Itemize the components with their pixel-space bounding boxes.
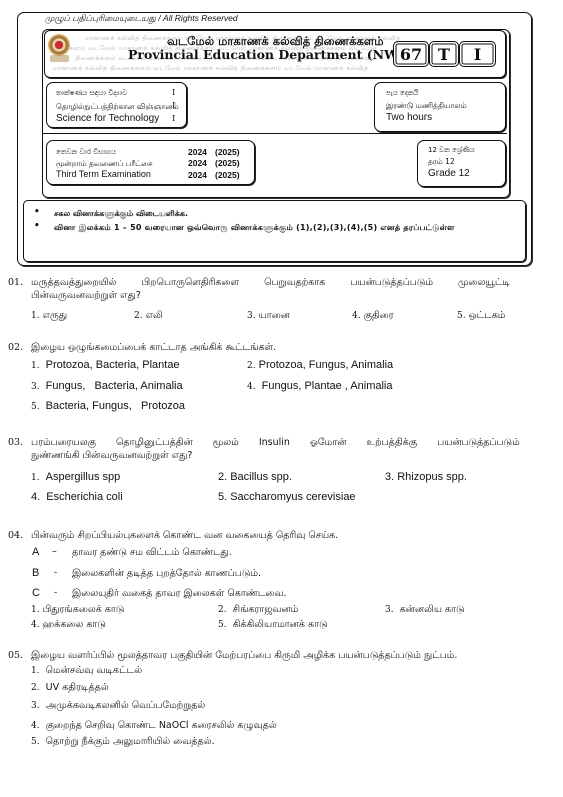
option-number: 5. bbox=[218, 491, 227, 503]
option-text: Escherichia coli bbox=[46, 491, 122, 503]
instruction-line: வினா இலக்கம் 1 – 50 வரையான ஒவ்வொரு வினாக… bbox=[54, 223, 455, 233]
option-number: 5. bbox=[31, 402, 40, 412]
exam-year: 2024 bbox=[188, 147, 207, 157]
option-4[interactable]: 4. Fungus, Plantae , Animalia bbox=[247, 380, 393, 392]
option-text: பிதுரங்கலைக் காடு bbox=[43, 604, 125, 615]
option-text: எலி bbox=[146, 310, 163, 321]
grade-english: Grade 12 bbox=[428, 168, 470, 179]
question-text: பின்வரும் சிறப்பியல்புகளைக் கொண்ட வன வகை… bbox=[31, 530, 338, 542]
part-badge: I bbox=[459, 41, 496, 67]
option-3[interactable]: 3. யானை bbox=[247, 310, 290, 322]
option-1[interactable]: 1. பிதுரங்கலைக் காடு bbox=[31, 604, 124, 616]
question-text: பரம்பரையலகு தொழினுட்பத்தின் மூலம் Insuli… bbox=[31, 437, 520, 449]
option-2[interactable]: 2. UV கதிரடித்தல் bbox=[31, 682, 109, 694]
statement-text: தாவர தண்டு சம விட்டம் கொண்டது. bbox=[72, 547, 232, 559]
question-number: 02. bbox=[8, 342, 23, 353]
question-number: 05. bbox=[8, 650, 23, 661]
option-5[interactable]: 5. ஒட்டகம் bbox=[457, 310, 505, 322]
option-3[interactable]: 3. அமுக்கவடிகலனில் வெப்பமேற்றுதல் bbox=[31, 700, 205, 712]
option-text: Fungus, Bacteria, Animalia bbox=[46, 380, 183, 392]
medium-badge: T bbox=[429, 41, 459, 67]
option-4[interactable]: 4. குதிரை bbox=[352, 310, 394, 322]
statement-label: B bbox=[32, 567, 39, 579]
option-5[interactable]: 5. கிக்கிலியாமானக் காடு bbox=[218, 619, 328, 631]
exam-year: 2024 bbox=[188, 170, 207, 180]
option-3[interactable]: 3. Fungus, Bacteria, Animalia bbox=[31, 380, 183, 392]
option-2[interactable]: 2. சிங்கராஜவனம் bbox=[218, 604, 298, 616]
section-divider bbox=[43, 133, 507, 134]
exam-year: 2024 bbox=[188, 158, 207, 168]
statement-separator: - bbox=[54, 567, 57, 578]
duration-tamil: இரண்டு மணித்தியாலம் bbox=[386, 101, 467, 111]
option-number: 3. bbox=[247, 311, 256, 321]
option-number: 2. bbox=[218, 605, 227, 615]
exam-sinhala: තෙවන වාර විභාගය bbox=[56, 148, 116, 157]
question-text: நுண்ணங்கி பின்வருவனவற்றுள் எது? bbox=[31, 450, 192, 462]
option-text: Saccharomyus cerevisiae bbox=[230, 491, 355, 503]
option-text: சிங்கராஜவனம் bbox=[233, 604, 299, 615]
bullet-icon: • bbox=[34, 207, 40, 217]
option-text: Protozoa, Bacteria, Plantae bbox=[46, 359, 180, 371]
option-number: 3. bbox=[385, 605, 394, 615]
bullet-icon: • bbox=[34, 221, 40, 231]
question-number: 04. bbox=[8, 530, 23, 541]
subject-part: I bbox=[172, 114, 175, 124]
exam-alt-year: (2025) bbox=[215, 158, 240, 168]
option-number: 4. bbox=[247, 382, 256, 392]
statement-text: இலையுதிர் வகைத் தாவர இலைகள் கொண்டவை. bbox=[72, 588, 287, 600]
watermark-line: மாகாணக் கல்வித் திணைக்களம் வடமேல் மாகாணக… bbox=[53, 64, 368, 73]
option-number: 1. bbox=[31, 311, 40, 321]
instructions-box: • சகல வினாக்களுக்கும் விடையளிக்க. • வினா… bbox=[23, 200, 526, 262]
option-text: அமுக்கவடிகலனில் வெப்பமேற்றுதல் bbox=[46, 700, 206, 711]
option-2[interactable]: 2. Bacillus spp. bbox=[218, 471, 292, 483]
option-text: தொற்று நீக்கும் அலுமாரியில் வைத்தல். bbox=[46, 736, 215, 747]
option-number: 4. bbox=[31, 721, 40, 731]
option-3[interactable]: 3. Rhizopus spp. bbox=[385, 471, 467, 483]
option-5[interactable]: 5. Saccharomyus cerevisiae bbox=[218, 491, 356, 503]
grade-tamil: தரம் 12 bbox=[428, 157, 455, 167]
exam-english: Third Term Examination bbox=[56, 169, 151, 179]
question-text: இழைய வளர்ப்பில் மூலத்தாவர பகுதியின் மேற்… bbox=[31, 650, 457, 662]
option-1[interactable]: 1. Aspergillus spp bbox=[31, 471, 120, 483]
option-text: Fungus, Plantae , Animalia bbox=[262, 380, 393, 392]
option-number: 3. bbox=[31, 382, 40, 392]
question-number: 03. bbox=[8, 437, 23, 448]
duration-box: පැය දෙකයි இரண்டு மணித்தியாலம் Two hours bbox=[374, 82, 506, 132]
question-text: மருத்தவத்துறையில் பிறபொருளெதிரிகளை பெறுவ… bbox=[31, 277, 510, 289]
subject-english: Science for Technology bbox=[56, 113, 159, 124]
option-text: மென்சவ்வு வடிகட்டல் bbox=[46, 665, 142, 676]
statement-separator: - bbox=[54, 587, 57, 598]
option-text: கிக்கிலியாமானக் காடு bbox=[233, 619, 328, 630]
option-text: யானை bbox=[259, 310, 290, 321]
option-1[interactable]: 1. எருது bbox=[31, 310, 67, 322]
option-number: 2. bbox=[247, 361, 256, 371]
option-number: 2. bbox=[134, 311, 143, 321]
department-name-english: Provincial Education Department (NWP) bbox=[128, 47, 413, 62]
option-3[interactable]: 3. கன்னலிய காடு bbox=[385, 604, 465, 616]
option-number: 5. bbox=[218, 620, 227, 630]
option-5[interactable]: 5. Bacteria, Fungus, Protozoa bbox=[31, 400, 185, 412]
option-text: குதிரை bbox=[364, 310, 394, 321]
option-text: ஹக்கலை காடு bbox=[43, 619, 106, 630]
option-2[interactable]: 2. Protozoa, Fungus, Animalia bbox=[247, 359, 393, 371]
option-number: 5. bbox=[457, 311, 466, 321]
question-text: பின்வருவனவற்றுள் எது? bbox=[31, 290, 141, 302]
subject-sinhala: තාක්ෂණය සඳහා විද්‍යාව bbox=[56, 89, 127, 98]
grade-sinhala: 12 වන ශ්‍රේණිය bbox=[428, 146, 475, 155]
exam-box: තෙවන වාර විභාගය 2024 (2025) மூன்றாம் தவண… bbox=[46, 140, 255, 185]
exam-alt-year: (2025) bbox=[215, 147, 240, 157]
option-number: 4. bbox=[31, 491, 40, 503]
exam-tamil: மூன்றாம் தவணைப் பரீட்சை bbox=[56, 159, 152, 169]
option-number: 3. bbox=[385, 471, 394, 483]
option-4[interactable]: 4. ஹக்கலை காடு bbox=[31, 619, 106, 631]
option-text: Bacteria, Fungus, Protozoa bbox=[46, 400, 185, 412]
option-number: 2. bbox=[218, 471, 227, 483]
option-text: Rhizopus spp. bbox=[397, 471, 467, 483]
subject-part: I bbox=[172, 101, 175, 111]
subject-part: I bbox=[172, 88, 175, 98]
option-number: 4. bbox=[352, 311, 361, 321]
option-number: 2. bbox=[31, 683, 40, 693]
option-text: கன்னலிய காடு bbox=[400, 604, 465, 615]
option-1[interactable]: 1. Protozoa, Bacteria, Plantae bbox=[31, 359, 180, 371]
option-5[interactable]: 5. தொற்று நீக்கும் அலுமாரியில் வைத்தல். bbox=[31, 736, 215, 748]
option-number: 1. bbox=[31, 666, 40, 676]
subject-tamil: தொழில்நுட்பத்திற்கான விஞ்ஞானம் bbox=[56, 102, 179, 112]
option-text: ஒட்டகம் bbox=[469, 310, 506, 321]
option-text: Aspergillus spp bbox=[46, 471, 121, 483]
option-number: 4. bbox=[31, 620, 40, 630]
rights-notice: முழுப் பதிப்புரிமையுடையது / All Rights R… bbox=[45, 13, 238, 25]
option-number: 1. bbox=[31, 361, 40, 371]
option-text: Protozoa, Fungus, Animalia bbox=[259, 359, 394, 371]
option-text: Bacillus spp. bbox=[230, 471, 292, 483]
option-4[interactable]: 4. குறைந்த செறிவு கொண்ட NaOCl கரைசலில் க… bbox=[31, 720, 277, 732]
subject-box: තාක්ෂණය සඳහා විද්‍යාව I தொழில்நுட்பத்திற… bbox=[46, 82, 187, 128]
option-text: குறைந்த செறிவு கொண்ட NaOCl கரைசலில் கழுவ… bbox=[46, 720, 277, 731]
option-text: UV கதிரடித்தல் bbox=[46, 682, 109, 693]
option-text: எருது bbox=[43, 310, 67, 321]
question-number: 01. bbox=[8, 277, 23, 288]
option-number: 1. bbox=[31, 605, 40, 615]
option-number: 3. bbox=[31, 701, 40, 711]
emblem-base-icon bbox=[50, 55, 69, 62]
provincial-emblem-icon bbox=[48, 34, 70, 56]
option-4[interactable]: 4. Escherichia coli bbox=[31, 491, 123, 503]
duration-sinhala: පැය දෙකයි bbox=[386, 89, 419, 98]
statement-text: இலைகளின் தடித்த புறத்தோல் காணப்படும். bbox=[72, 568, 261, 580]
paper-code-badge: 67 bbox=[393, 41, 429, 67]
duration-english: Two hours bbox=[386, 112, 432, 123]
instruction-line: சகல வினாக்களுக்கும் விடையளிக்க. bbox=[54, 209, 188, 219]
option-number: 5. bbox=[31, 737, 40, 747]
exam-alt-year: (2025) bbox=[215, 170, 240, 180]
grade-box: 12 වන ශ්‍රේණිය தரம் 12 Grade 12 bbox=[417, 140, 506, 187]
statement-label: A bbox=[32, 546, 39, 558]
option-2[interactable]: 2. எலி bbox=[134, 310, 163, 322]
question-text: இழைய ஒழுங்கமைப்பைக் காட்டாத அங்கிக் கூட்… bbox=[31, 342, 276, 354]
option-number: 1. bbox=[31, 473, 40, 483]
statement-label: C bbox=[32, 587, 40, 599]
option-1[interactable]: 1. மென்சவ்வு வடிகட்டல் bbox=[31, 665, 142, 677]
statement-separator: – bbox=[52, 546, 57, 557]
